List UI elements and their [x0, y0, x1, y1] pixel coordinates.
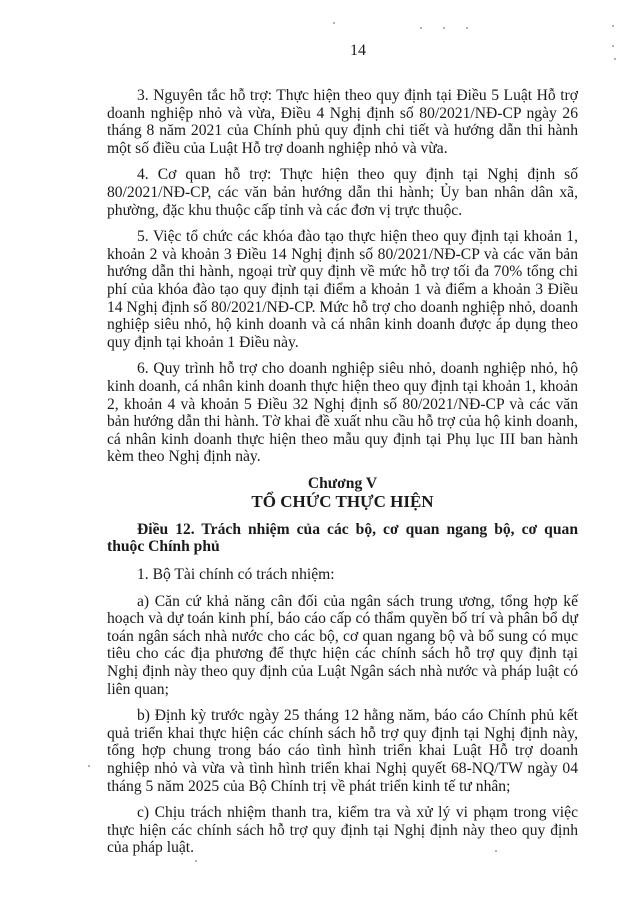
- scan-speck: [443, 27, 445, 29]
- chapter-label: Chương V: [107, 475, 578, 492]
- scan-speck: [420, 27, 422, 29]
- article-heading: Điều 12. Trách nhiệm của các bộ, cơ quan…: [107, 521, 578, 556]
- point-b: b) Định kỳ trước ngày 25 tháng 12 hằng n…: [107, 707, 578, 795]
- point-a: a) Căn cứ khả năng cân đối của ngân sách…: [107, 593, 578, 699]
- clause-3: 3. Nguyên tắc hỗ trợ: Thực hiện theo quy…: [107, 87, 578, 157]
- scan-speck: [466, 27, 468, 29]
- point-c: c) Chịu trách nhiệm thanh tra, kiểm tra …: [107, 804, 578, 857]
- clause-4: 4. Cơ quan hỗ trợ: Thực hiện theo quy đị…: [107, 166, 578, 219]
- chapter-title: TỔ CHỨC THỰC HIỆN: [107, 492, 578, 511]
- page-number: 14: [0, 42, 640, 60]
- clause-6: 6. Quy trình hỗ trợ cho doanh nghiệp siê…: [107, 360, 578, 466]
- scan-speck: [88, 765, 90, 767]
- document-page: 14 3. Nguyên tắc hỗ trợ: Thực hiện theo …: [0, 0, 640, 905]
- scan-speck: [612, 25, 614, 27]
- clause-5: 5. Việc tổ chức các khóa đào tạo thực hi…: [107, 228, 578, 351]
- document-body: 3. Nguyên tắc hỗ trợ: Thực hiện theo quy…: [107, 87, 578, 866]
- scan-speck: [333, 22, 335, 24]
- clause-1: 1. Bộ Tài chính có trách nhiệm:: [107, 566, 578, 584]
